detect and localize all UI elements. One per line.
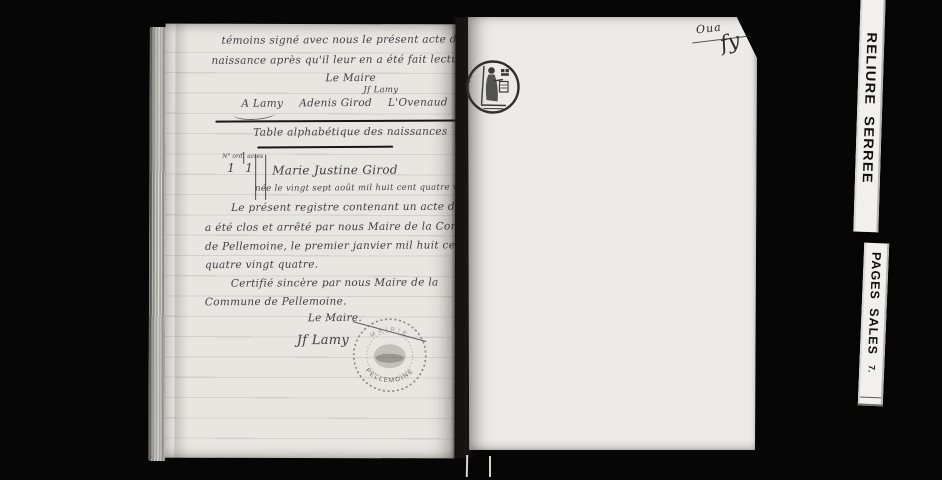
entry-number-act: 1: [245, 161, 253, 175]
strip-end-line: [860, 396, 881, 398]
closure-line-3: de Pellemoine, le premier janvier mil hu…: [205, 239, 456, 253]
certification-line-1: Certifié sincère par nous Maire de la: [231, 276, 439, 289]
closure-line-4: quatre vingt quatre.: [205, 259, 318, 272]
entry-birth-date: née le vingt sept août mil huit cent qua…: [255, 182, 455, 193]
reliure-serree-label: RELIURE SERREE: [860, 32, 880, 184]
signature-3: L'Ovenaud: [388, 96, 448, 108]
svg-text:TIMBRE: TIMBRE: [461, 55, 475, 97]
pages-sales-label: PAGES SALES: [865, 252, 883, 355]
entry-number-order: 1: [227, 161, 235, 175]
mayor-signature-main: Jf Lamy: [297, 333, 349, 348]
signature-2: Adenis Girod: [299, 97, 372, 109]
le-maire-label: Le Maire: [325, 72, 376, 84]
mairie-stamp-top-text: MAIRIE: [370, 327, 410, 339]
closure-line-1: Le présent registre contenant un acte de…: [231, 200, 456, 214]
column-header-1: N° ord.: [222, 153, 244, 160]
scanned-register-spread: témoins signé avec nous le présent acte …: [0, 0, 942, 480]
timbre-rim-text: TIMBRE: [461, 55, 475, 97]
timbre-revenue-stamp: TIMBRE: [461, 55, 525, 119]
act-closing-line-2: naissance après qu'il leur en a été fait…: [211, 53, 455, 67]
entry-name: Marie Justine Girod: [272, 163, 398, 178]
bookmark-tail-1: [466, 455, 468, 477]
mairie-ink-stamp: MAIRIE PELLEMOINE: [347, 312, 433, 398]
certification-line-2: Commune de Pellemoine.: [205, 295, 347, 308]
closure-line-2: a été clos et arrêté par nous Maire de l…: [205, 220, 456, 234]
archive-strip-reliure: RELIURE SERREE: [853, 0, 885, 232]
table-heading: Table alphabétique des naissances: [253, 126, 447, 139]
corner-paraph: fy: [717, 28, 742, 56]
svg-text:MAIRIE: MAIRIE: [370, 327, 410, 339]
witness-signatures: A Lamy Adenis Girod L'Ovenaud: [241, 96, 448, 109]
mayor-signature-small: Jf Lamy: [363, 85, 398, 95]
bookmark-tail-2: [489, 456, 491, 477]
corner-annotation: Oua fy: [690, 18, 765, 68]
archive-strip-pages: PAGES SALES 7.: [858, 243, 890, 407]
act-closing-line-1: témoins signé avec nous le présent acte …: [221, 33, 455, 46]
left-page: témoins signé avec nous le présent acte …: [164, 24, 455, 459]
page-crease: [174, 24, 189, 458]
pages-sales-note: 7.: [867, 365, 877, 373]
